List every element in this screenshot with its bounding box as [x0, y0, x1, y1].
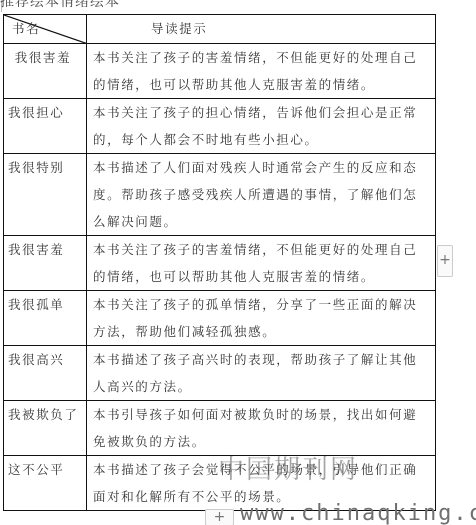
table-header-row: 书名 导读提示 — [4, 15, 436, 44]
book-title: 这不公平 — [4, 456, 87, 511]
book-title: 我很害羞 — [4, 44, 87, 99]
book-title: 我很高兴 — [4, 346, 87, 401]
picture-book-table: 书名 导读提示 我很害羞 本书关注了孩子的害羞情绪，不但能更好的处理自己的情绪，… — [3, 14, 436, 511]
table-row: 我很高兴 本书描述了孩子高兴时的表现，帮助孩子了解让其他人高兴的方法。 — [4, 346, 436, 401]
book-title: 我很特别 — [4, 154, 87, 236]
book-title: 我很孤单 — [4, 291, 87, 346]
book-guide: 本书引导孩子如何面对被欺负时的场景，找出如何避免被欺负的方法。 — [87, 401, 436, 456]
table-row: 我很孤单 本书关注了孩子的孤单情绪，分享了一些正面的解决方法，帮助他们减轻孤独感… — [4, 291, 436, 346]
book-title: 我很害羞 — [4, 236, 87, 291]
table-row: 我被欺负了 本书引导孩子如何面对被欺负时的场景，找出如何避免被欺负的方法。 — [4, 401, 436, 456]
book-guide: 本书关注了孩子的害羞情绪，不但能更好的处理自己的情绪，也可以帮助其他人克服害羞的… — [87, 44, 436, 99]
header-title-label: 书名 — [12, 15, 40, 43]
book-guide: 本书描述了人们面对残疾人时通常会产生的反应和态度。帮助孩子感受残疾人所遭遇的事情… — [87, 154, 436, 236]
table-row: 我很担心 本书关注了孩子的担心情绪，告诉他们会担心是正常的，每个人都会不时地有些… — [4, 99, 436, 154]
book-title: 我很担心 — [4, 99, 87, 154]
add-row-button[interactable]: + — [205, 509, 234, 525]
header-guide-label: 导读提示 — [87, 15, 436, 44]
add-column-button[interactable]: + — [437, 245, 453, 277]
book-guide: 本书关注了孩子的害羞情绪，不但能更好的处理自己的情绪，也可以帮助其他人克服害羞的… — [87, 236, 436, 291]
clipped-heading: 推荐绘本情绪绘本 — [0, 0, 200, 7]
book-guide: 本书关注了孩子的孤单情绪，分享了一些正面的解决方法，帮助他们减轻孤独感。 — [87, 291, 436, 346]
header-cell-title: 书名 — [4, 15, 87, 44]
table-row: 我很害羞 本书关注了孩子的害羞情绪，不但能更好的处理自己的情绪，也可以帮助其他人… — [4, 236, 436, 291]
book-title: 我被欺负了 — [4, 401, 87, 456]
book-guide: 本书描述了孩子高兴时的表现，帮助孩子了解让其他人高兴的方法。 — [87, 346, 436, 401]
table-row: 我很特别 本书描述了人们面对残疾人时通常会产生的反应和态度。帮助孩子感受残疾人所… — [4, 154, 436, 236]
book-guide: 本书关注了孩子的担心情绪，告诉他们会担心是正常的，每个人都会不时地有些小担心。 — [87, 99, 436, 154]
book-guide: 本书描述了孩子会觉得不公平的场景，引导他们正确面对和化解所有不公平的场景。 — [87, 456, 436, 511]
table-row: 这不公平 本书描述了孩子会觉得不公平的场景，引导他们正确面对和化解所有不公平的场… — [4, 456, 436, 511]
table-row: 我很害羞 本书关注了孩子的害羞情绪，不但能更好的处理自己的情绪，也可以帮助其他人… — [4, 44, 436, 99]
